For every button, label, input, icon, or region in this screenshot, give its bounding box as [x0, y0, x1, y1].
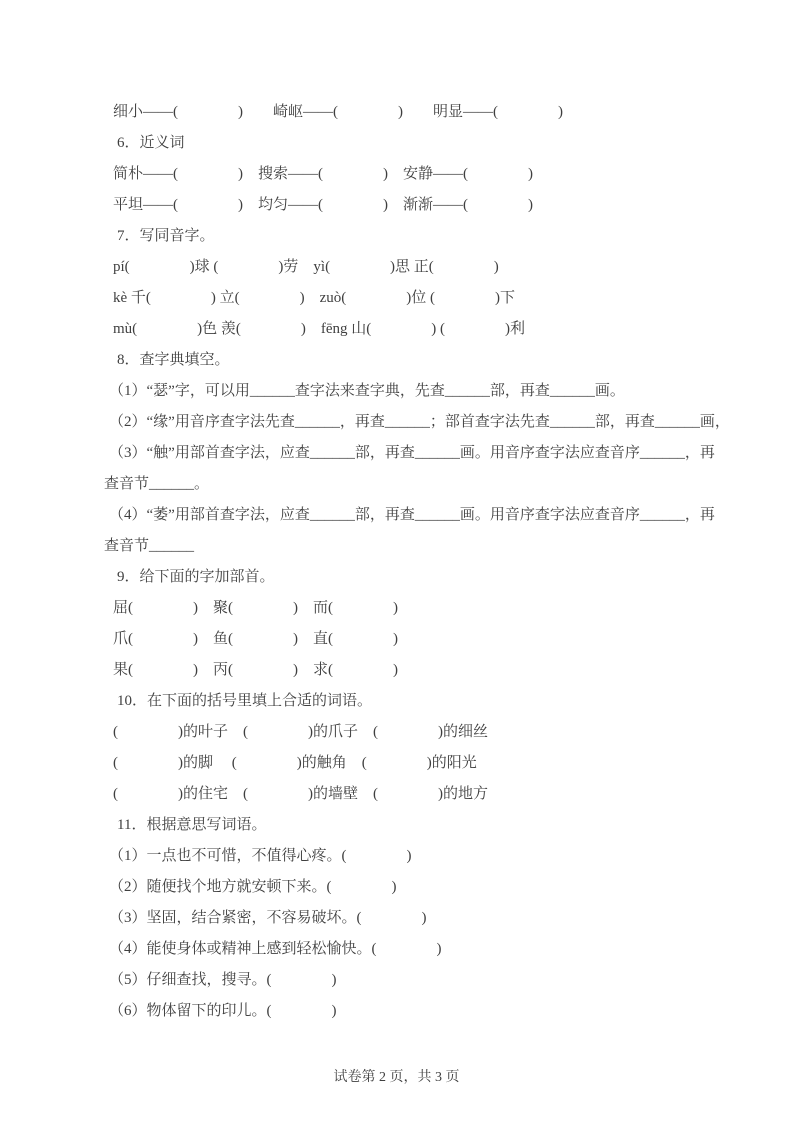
q11-item-1: （1）一点也不可惜，不值得心疼。( ) — [104, 841, 764, 872]
page-footer: 试卷第 2 页，共 3 页 — [0, 1066, 793, 1090]
q8-item-4-cont: 查音节______ — [104, 531, 764, 562]
q6-row-2: 平坦——( ) 均匀——( ) 渐渐——( ) — [104, 190, 764, 221]
q10-row-2: ( )的脚 ( )的触角 ( )的阳光 — [104, 748, 764, 779]
exam-page: 细小——( ) 崎岖——( ) 明显——( )6．近义词简朴——( ) 搜索——… — [0, 0, 793, 1122]
q6-row-1: 简朴——( ) 搜索——( ) 安静——( ) — [104, 159, 764, 190]
q11-item-4: （4）能使身体或精神上感到轻松愉快。( ) — [104, 934, 764, 965]
q8-item-3-cont: 查音节______。 — [104, 469, 764, 500]
q10-row-1: ( )的叶子 ( )的爪子 ( )的细丝 — [104, 717, 764, 748]
q7-row-3: mù( )色 羡( ) fēng 山( ) ( )利 — [104, 314, 764, 345]
q7-row-2: kè 千( ) 立( ) zuò( )位 ( )下 — [104, 283, 764, 314]
q8-item-4: （4）“萎”用部首查字法，应查______部，再查______画。用音序查字法应… — [104, 500, 764, 531]
q11-item-6: （6）物体留下的印儿。( ) — [104, 996, 764, 1027]
q7-row-1: pí( )球 ( )劳 yì( )思 正( ) — [104, 252, 764, 283]
q9-row-2: 爪( ) 鱼( ) 直( ) — [104, 624, 764, 655]
q9-row-3: 果( ) 丙( ) 求( ) — [104, 655, 764, 686]
page-footer-text: 试卷第 2 页，共 3 页 — [334, 1070, 460, 1085]
q11-item-3: （3）坚固，结合紧密，不容易破坏。( ) — [104, 903, 764, 934]
q8-item-3: （3）“触”用部首查字法，应查______部，再查______画。用音序查字法应… — [104, 438, 764, 469]
q11-item-5: （5）仔细查找，搜寻。( ) — [104, 965, 764, 996]
exam-content: 细小——( ) 崎岖——( ) 明显——( )6．近义词简朴——( ) 搜索——… — [104, 97, 764, 1027]
q9-header: 9．给下面的字加部首。 — [104, 562, 764, 593]
q7-header: 7．写同音字。 — [104, 221, 764, 252]
q5-continuation-row: 细小——( ) 崎岖——( ) 明显——( ) — [104, 97, 764, 128]
q11-item-2: （2）随便找个地方就安顿下来。( ) — [104, 872, 764, 903]
q8-item-1: （1）“瑟”字，可以用______查字法来查字典，先查______部，再查___… — [104, 376, 764, 407]
q11-header: 11．根据意思写词语。 — [104, 810, 764, 841]
q8-item-2: （2）“缘”用音序查字法先查______，再查______；部首查字法先查___… — [104, 407, 764, 438]
q9-row-1: 屈( ) 聚( ) 而( ) — [104, 593, 764, 624]
q10-row-3: ( )的住宅 ( )的墙壁 ( )的地方 — [104, 779, 764, 810]
q10-header: 10．在下面的括号里填上合适的词语。 — [104, 686, 764, 717]
q8-header: 8．查字典填空。 — [104, 345, 764, 376]
q6-header: 6．近义词 — [104, 128, 764, 159]
